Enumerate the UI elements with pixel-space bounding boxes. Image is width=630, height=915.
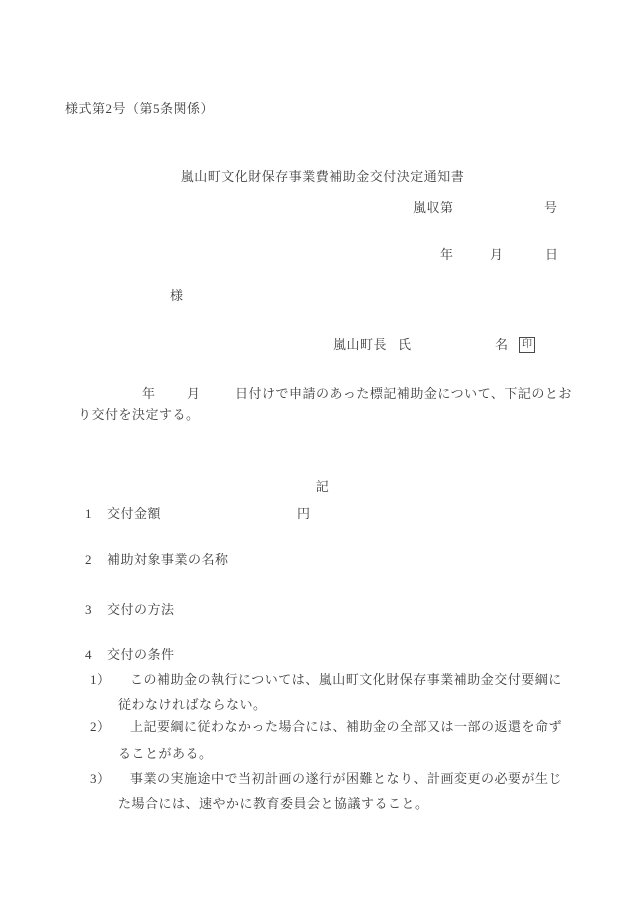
ki-label: 記 bbox=[316, 479, 330, 494]
body-year-label: 年 bbox=[142, 385, 156, 403]
body-text-2: り交付を決定する。 bbox=[78, 406, 200, 424]
condition-3-text-2: た場合には、速やかに教育委員会と協議すること。 bbox=[118, 795, 429, 813]
item-2-number: 2 bbox=[85, 551, 92, 569]
condition-2-text-1: 上記要綱に従わなかった場合には、補助金の全部又は一部の返還を命ず bbox=[130, 718, 562, 736]
ki-line: 記 bbox=[0, 460, 630, 478]
addressee-honorific: 様 bbox=[170, 287, 184, 305]
item-3-line: 3 交付の方法 bbox=[0, 601, 630, 619]
condition-3-line-1: 3） 事業の実施途中で当初計画の遂行が困難となり、計画変更の必要が生じ bbox=[0, 770, 630, 788]
item-2-label: 補助対象事業の名称 bbox=[107, 551, 229, 569]
form-number: 様式第2号（第5条関係） bbox=[65, 100, 214, 118]
condition-1-text-2: 従わなければならない。 bbox=[118, 696, 267, 714]
seal-mark: 印 bbox=[519, 337, 535, 353]
condition-1-number: 1） bbox=[90, 671, 111, 689]
item-4-label: 交付の条件 bbox=[107, 646, 175, 664]
title-line: 嵐山町文化財保存事業費補助金交付決定通知書 bbox=[0, 150, 630, 168]
condition-3-text-1: 事業の実施途中で当初計画の遂行が困難となり、計画変更の必要が生じ bbox=[130, 770, 562, 788]
date-year-label: 年 bbox=[440, 246, 454, 264]
date-day-label: 日 bbox=[545, 246, 559, 264]
body-line-2: り交付を決定する。 bbox=[0, 406, 630, 424]
condition-1-line-2: 従わなければならない。 bbox=[0, 696, 630, 714]
condition-2-number: 2） bbox=[90, 718, 111, 736]
body-month-label: 月 bbox=[187, 385, 201, 403]
body-text-1: 日付けで申請のあった標記補助金について、下記のとお bbox=[235, 385, 572, 403]
condition-3-number: 3） bbox=[90, 770, 111, 788]
body-line-1: 年 月 日付けで申請のあった標記補助金について、下記のとお bbox=[0, 385, 630, 403]
item-1-number: 1 bbox=[85, 505, 92, 523]
document-title: 嵐山町文化財保存事業費補助金交付決定通知書 bbox=[181, 169, 465, 184]
date-line: 年 月 日 bbox=[0, 246, 630, 264]
reference-prefix: 嵐収第 bbox=[413, 199, 454, 217]
addressee-line: 様 bbox=[0, 287, 630, 305]
sender-line: 嵐山町長 氏 名 印 bbox=[0, 336, 630, 354]
item-1-line: 1 交付金額 円 bbox=[0, 505, 630, 523]
reference-number-line: 嵐収第 号 bbox=[0, 199, 630, 217]
condition-2-line-1: 2） 上記要綱に従わなかった場合には、補助金の全部又は一部の返還を命ず bbox=[0, 718, 630, 736]
date-month-label: 月 bbox=[490, 246, 504, 264]
document-page: 様式第2号（第5条関係） 嵐山町文化財保存事業費補助金交付決定通知書 嵐収第 号… bbox=[0, 0, 630, 915]
item-1-unit: 円 bbox=[297, 505, 311, 523]
item-3-number: 3 bbox=[85, 601, 92, 619]
sender-office: 嵐山町長 bbox=[333, 336, 387, 354]
sender-name-shi: 氏 bbox=[398, 336, 412, 354]
sender-name-mei: 名 bbox=[495, 336, 509, 354]
reference-suffix: 号 bbox=[544, 199, 558, 217]
condition-3-line-2: た場合には、速やかに教育委員会と協議すること。 bbox=[0, 795, 630, 813]
form-number-line: 様式第2号（第5条関係） bbox=[0, 100, 630, 118]
condition-2-text-2: ることがある。 bbox=[118, 745, 213, 763]
item-2-line: 2 補助対象事業の名称 bbox=[0, 551, 630, 569]
item-3-label: 交付の方法 bbox=[107, 601, 175, 619]
item-4-number: 4 bbox=[85, 646, 92, 664]
item-1-label: 交付金額 bbox=[107, 505, 161, 523]
condition-2-line-2: ることがある。 bbox=[0, 745, 630, 763]
condition-1-text-1: この補助金の執行については、嵐山町文化財保存事業補助金交付要綱に bbox=[130, 671, 562, 689]
item-4-line: 4 交付の条件 bbox=[0, 646, 630, 664]
condition-1-line-1: 1） この補助金の執行については、嵐山町文化財保存事業補助金交付要綱に bbox=[0, 671, 630, 689]
